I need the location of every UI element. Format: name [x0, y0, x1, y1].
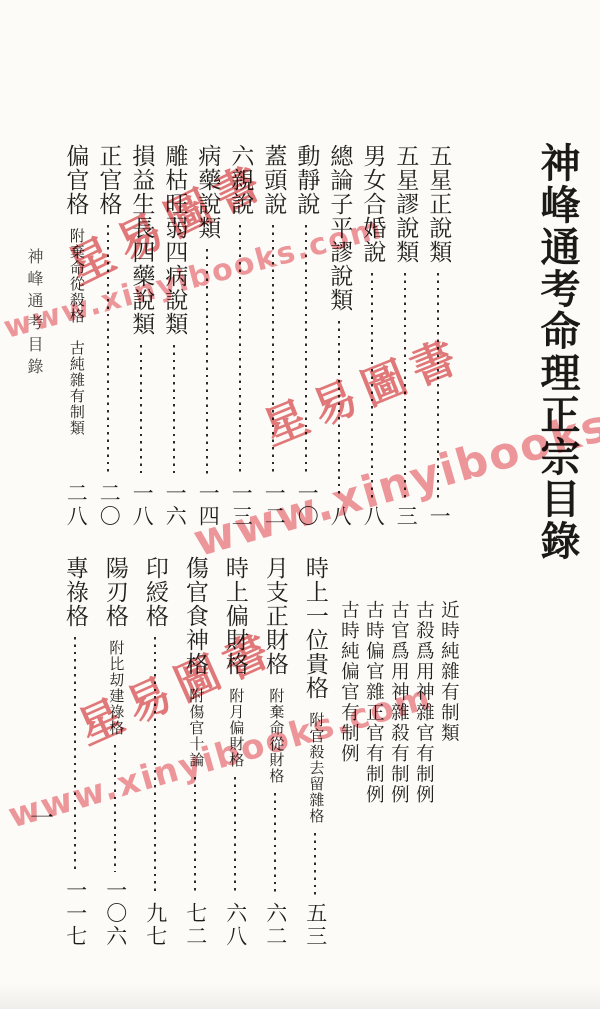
- entry-title: 偏官格: [63, 144, 89, 216]
- entry-subtitle: 附棄命從殺格 古純雜有制類: [67, 228, 84, 436]
- entry-title: 六親說: [228, 144, 254, 216]
- toc-entry: 動靜說 一〇: [290, 144, 323, 530]
- dotted-leader: [255, 793, 295, 895]
- toc-entry: 六親說 一三: [224, 144, 257, 530]
- entry-title: 雕枯旺弱四病說類: [162, 144, 188, 336]
- entry-page-number: 一〇六: [103, 879, 127, 948]
- dotted-leader: [323, 321, 356, 498]
- entry-page-number: 二八: [64, 482, 88, 528]
- dotted-leader: [257, 225, 290, 475]
- entry-subtitle: 附棄命從財格: [267, 688, 284, 784]
- sub-entry-label: 近時純雜有制類: [437, 600, 459, 744]
- folio-page-number: 一: [30, 798, 54, 833]
- toc-sub-entry: 古時純偏官有制例: [335, 556, 360, 950]
- dotted-leader: [95, 745, 135, 872]
- book-title: 神峰通考命理正宗目錄: [536, 142, 578, 562]
- entry-title: 傷官食神格: [182, 556, 208, 676]
- entry-page-number: 一〇: [295, 482, 319, 528]
- entry-title: 專祿格: [62, 556, 88, 628]
- dotted-leader: [422, 273, 455, 498]
- entry-title: 時上一位貴格: [302, 556, 328, 700]
- toc-entry: 總論子平謬說類 八: [323, 144, 356, 530]
- dotted-leader: [295, 833, 335, 895]
- entry-subtitle: 附傷官十論: [187, 688, 204, 768]
- entry-subtitle: 附比刧建祿格: [107, 640, 124, 736]
- entry-page-number: 二〇: [97, 482, 121, 528]
- toc-entry: 男女合婚說 八: [356, 144, 389, 530]
- toc-entry: 印綬格 九七: [135, 556, 175, 950]
- entry-page-number: 三: [394, 505, 418, 528]
- toc-entry: 雕枯旺弱四病說類 一六: [158, 144, 191, 530]
- entry-title: 五星正說類: [426, 144, 452, 264]
- entry-page-number: 一八: [130, 482, 154, 528]
- entry-title: 蓋頭說: [261, 144, 287, 216]
- entry-page-number: 七二: [183, 902, 207, 948]
- sub-entry-label: 古官爲用神雜殺有制例: [387, 600, 409, 805]
- dotted-leader: [55, 637, 95, 872]
- margin-running-title: 神峰通考目錄: [22, 248, 45, 380]
- toc-entry: 正官格 二〇: [92, 144, 125, 530]
- toc-lower-block: 近時純雜有制類 古殺爲用神雜官有制例 古官爲用神雜殺有制例 古時偏官雜正官有制例…: [55, 556, 460, 950]
- entry-page-number: 八: [328, 505, 352, 528]
- toc-entry: 時上一位貴格 附官殺去留雜格 五三: [295, 556, 335, 950]
- entry-title: 動靜說: [294, 144, 320, 216]
- entry-page-number: 九七: [143, 902, 167, 948]
- sub-entry-label: 古殺爲用神雜官有制例: [412, 600, 434, 805]
- toc-entry: 蓋頭說 一二: [257, 144, 290, 530]
- entry-title: 正官格: [96, 144, 122, 216]
- sub-entry-label: 古時偏官雜正官有制例: [362, 600, 384, 805]
- dotted-leader: [356, 273, 389, 498]
- toc-sub-entry: 古殺爲用神雜官有制例: [410, 556, 435, 950]
- entry-page-number: 六八: [223, 902, 247, 948]
- scanned-book-page: www.xinyibooks.com www.xinyibooks.com ww…: [0, 0, 600, 1009]
- toc-entry: 專祿格 一一七: [55, 556, 95, 950]
- toc-entry: 時上偏財格 附月偏財格 六八: [215, 556, 255, 950]
- entry-title: 印綬格: [142, 556, 168, 628]
- entry-page-number: 一: [427, 505, 451, 528]
- toc-sub-entry: 近時純雜有制類: [435, 556, 460, 950]
- entry-page-number: 一四: [196, 482, 220, 528]
- entry-title: 五星謬說類: [393, 144, 419, 264]
- toc-entry: 損益生長四藥說類 一八: [125, 144, 158, 530]
- toc-entry: 傷官食神格 附傷官十論 七二: [175, 556, 215, 950]
- entry-page-number: 一六: [163, 482, 187, 528]
- dotted-leader: [389, 273, 422, 498]
- dotted-leader: [290, 225, 323, 475]
- entry-title: 病藥說類: [195, 144, 221, 240]
- dotted-leader: [224, 225, 257, 475]
- entry-subtitle: 附官殺去留雜格: [307, 712, 324, 824]
- dotted-leader: [158, 345, 191, 475]
- toc-entry: 偏官格 附棄命從殺格 古純雜有制類 二八: [59, 144, 92, 530]
- sub-entry-label: 古時純偏官有制例: [337, 600, 359, 764]
- dotted-leader: [215, 777, 255, 895]
- entry-page-number: 八: [361, 505, 385, 528]
- dotted-leader: [92, 225, 125, 475]
- toc-entry: 陽刃格 附比刧建祿格 一〇六: [95, 556, 135, 950]
- entry-page-number: 一三: [229, 482, 253, 528]
- entry-page-number: 一二: [262, 482, 286, 528]
- spacer: [59, 445, 92, 475]
- entry-title: 時上偏財格: [222, 556, 248, 676]
- toc-sub-entry: 古時偏官雜正官有制例: [360, 556, 385, 950]
- entry-page-number: 五三: [303, 902, 327, 948]
- entry-subtitle: 附月偏財格: [227, 688, 244, 768]
- toc-upper-block: 五星正說類 一 五星謬說類 三 男女合婚說 八 總論子平謬說類 八 動靜說 一〇…: [59, 144, 455, 530]
- dotted-leader: [191, 249, 224, 475]
- entry-title: 陽刃格: [102, 556, 128, 628]
- dotted-leader: [125, 345, 158, 475]
- toc-entry: 五星正說類 一: [422, 144, 455, 530]
- toc-entry: 月支正財格 附棄命從財格 六二: [255, 556, 295, 950]
- entry-page-number: 一一七: [63, 879, 87, 948]
- entry-title: 男女合婚說: [360, 144, 386, 264]
- dotted-leader: [175, 777, 215, 895]
- toc-entry: 五星謬說類 三: [389, 144, 422, 530]
- toc-sub-entry: 古官爲用神雜殺有制例: [385, 556, 410, 950]
- entry-title: 月支正財格: [262, 556, 288, 676]
- toc-entry: 病藥說類 一四: [191, 144, 224, 530]
- entry-page-number: 六二: [263, 902, 287, 948]
- dotted-leader: [135, 637, 175, 895]
- entry-title: 總論子平謬說類: [327, 144, 353, 312]
- entry-title: 損益生長四藥說類: [129, 144, 155, 336]
